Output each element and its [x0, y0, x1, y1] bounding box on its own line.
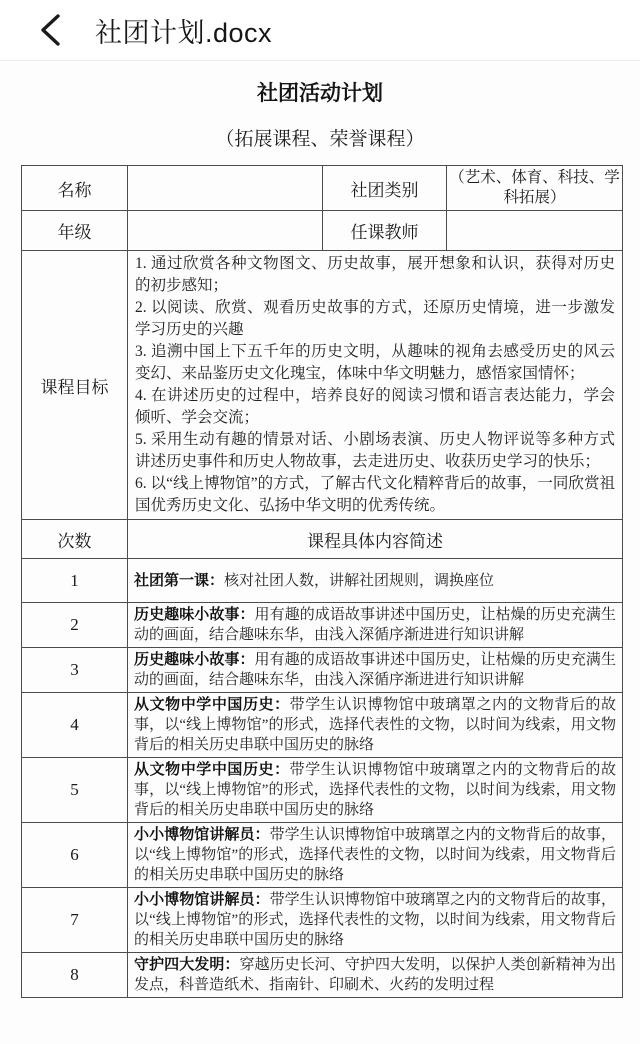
- sessions-header: 次数: [22, 520, 128, 559]
- teacher-label: 任课教师: [323, 211, 447, 251]
- name-label: 名称: [22, 166, 128, 211]
- schedule-row: 6 小小博物馆讲解员：带学生认识博物馆中玻璃罩之内的文物背后的故事，以“线上博物…: [22, 823, 623, 888]
- objectives-content: 1. 通过欣赏各种文物图文、历史故事，展开想象和认识，获得对历史的初步感知； 2…: [128, 251, 623, 520]
- session-title: 历史趣味小故事：: [134, 607, 255, 623]
- session-title: 小小博物馆讲解员：: [134, 827, 270, 843]
- doc-title: 社团活动计划: [0, 77, 640, 107]
- session-content: 历史趣味小故事：用有趣的成语故事讲述中国历史，让枯燥的历史充满生动的画面，结合趣…: [128, 603, 623, 648]
- back-icon[interactable]: [38, 13, 62, 47]
- session-title: 从文物中学中国历史：: [134, 762, 290, 778]
- schedule-row: 3 历史趣味小故事：用有趣的成语故事讲述中国历史，让枯燥的历史充满生动的画面，结…: [22, 648, 623, 693]
- session-title: 小小博物馆讲解员：: [134, 892, 270, 908]
- schedule-row: 5 从文物中学中国历史：带学生认识博物馆中玻璃罩之内的文物背后的故事，以“线上博…: [22, 758, 623, 823]
- session-title: 社团第一课：: [134, 573, 224, 589]
- session-content: 从文物中学中国历史：带学生认识博物馆中玻璃罩之内的文物背后的故事，以“线上博物馆…: [128, 693, 623, 758]
- session-content: 历史趣味小故事：用有趣的成语故事讲述中国历史，让枯燥的历史充满生动的画面，结合趣…: [128, 648, 623, 693]
- session-content: 从文物中学中国历史：带学生认识博物馆中玻璃罩之内的文物背后的故事，以“线上博物馆…: [128, 758, 623, 823]
- plan-table: 名称 社团类别 （艺术、体育、科技、学科拓展） 年级 任课教师 课程目标 1. …: [21, 165, 623, 998]
- schedule-row: 4 从文物中学中国历史：带学生认识博物馆中玻璃罩之内的文物背后的故事，以“线上博…: [22, 693, 623, 758]
- objective-item: 4. 在讲述历史的过程中，培养良好的阅读习惯和语言表达能力，学会倾听、学会交流；: [135, 385, 615, 429]
- session-number: 8: [22, 953, 128, 998]
- teacher-value-cell: [447, 211, 623, 251]
- schedule-row: 8 守护四大发明：穿越历史长河、守护四大发明，以保护人类创新精神为出发点，科普造…: [22, 953, 623, 998]
- app-bar: 社团计划.docx: [0, 0, 640, 61]
- table-row-objectives: 课程目标 1. 通过欣赏各种文物图文、历史故事，展开想象和认识，获得对历史的初步…: [22, 251, 623, 520]
- objective-item: 1. 通过欣赏各种文物图文、历史故事，展开想象和认识，获得对历史的初步感知；: [135, 253, 615, 297]
- session-number: 3: [22, 648, 128, 693]
- grade-value-cell: [128, 211, 323, 251]
- doc-subtitle: （拓展课程、荣誉课程）: [0, 124, 640, 151]
- session-content: 守护四大发明：穿越历史长河、守护四大发明，以保护人类创新精神为出发点，科普造纸术…: [128, 953, 623, 998]
- session-title: 历史趣味小故事：: [134, 652, 255, 668]
- session-content: 社团第一课：核对社团人数，讲解社团规则，调换座位: [128, 559, 623, 603]
- session-content: 小小博物馆讲解员：带学生认识博物馆中玻璃罩之内的文物背后的故事，以“线上博物馆”…: [128, 823, 623, 888]
- schedule-row: 1 社团第一课：核对社团人数，讲解社团规则，调换座位: [22, 559, 623, 603]
- table-row-schedule-header: 次数 课程具体内容简述: [22, 520, 623, 559]
- name-value-cell: [128, 166, 323, 211]
- session-title: 守护四大发明：: [134, 957, 239, 973]
- session-number: 5: [22, 758, 128, 823]
- objective-item: 6. 以“线上博物馆”的方式，了解古代文化精粹背后的故事，一同欣赏祖国优秀历史文…: [135, 473, 615, 517]
- table-row-name: 名称 社团类别 （艺术、体育、科技、学科拓展）: [22, 166, 623, 211]
- table-row-grade: 年级 任课教师: [22, 211, 623, 251]
- content-header: 课程具体内容简述: [128, 520, 623, 559]
- schedule-row: 7 小小博物馆讲解员：带学生认识博物馆中玻璃罩之内的文物背后的故事，以“线上博物…: [22, 888, 623, 953]
- objectives-label: 课程目标: [22, 251, 128, 520]
- schedule-row: 2 历史趣味小故事：用有趣的成语故事讲述中国历史，让枯燥的历史充满生动的画面，结…: [22, 603, 623, 648]
- session-text: 核对社团人数，讲解社团规则，调换座位: [224, 573, 494, 589]
- session-number: 7: [22, 888, 128, 953]
- session-content: 小小博物馆讲解员：带学生认识博物馆中玻璃罩之内的文物背后的故事，以“线上博物馆”…: [128, 888, 623, 953]
- session-number: 4: [22, 693, 128, 758]
- grade-label: 年级: [22, 211, 128, 251]
- objective-item: 3. 追溯中国上下五千年的历史文明，从趣味的视角去感受历史的风云变幻、来品鉴历史…: [135, 341, 615, 385]
- document-filename: 社团计划.docx: [95, 11, 272, 50]
- session-number: 2: [22, 603, 128, 648]
- document-page: 社团活动计划 （拓展课程、荣誉课程） 名称 社团类别 （艺术、体育、科技、学科拓…: [0, 61, 640, 998]
- session-title: 从文物中学中国历史：: [134, 697, 290, 713]
- session-number: 1: [22, 559, 128, 603]
- category-value: （艺术、体育、科技、学科拓展）: [447, 166, 623, 211]
- objective-item: 5. 采用生动有趣的情景对话、小剧场表演、历史人物评说等多种方式讲述历史事件和历…: [135, 429, 615, 473]
- category-label: 社团类别: [323, 166, 447, 211]
- objective-item: 2. 以阅读、欣赏、观看历史故事的方式，还原历史情境，进一步激发学习历史的兴趣: [135, 297, 615, 341]
- session-number: 6: [22, 823, 128, 888]
